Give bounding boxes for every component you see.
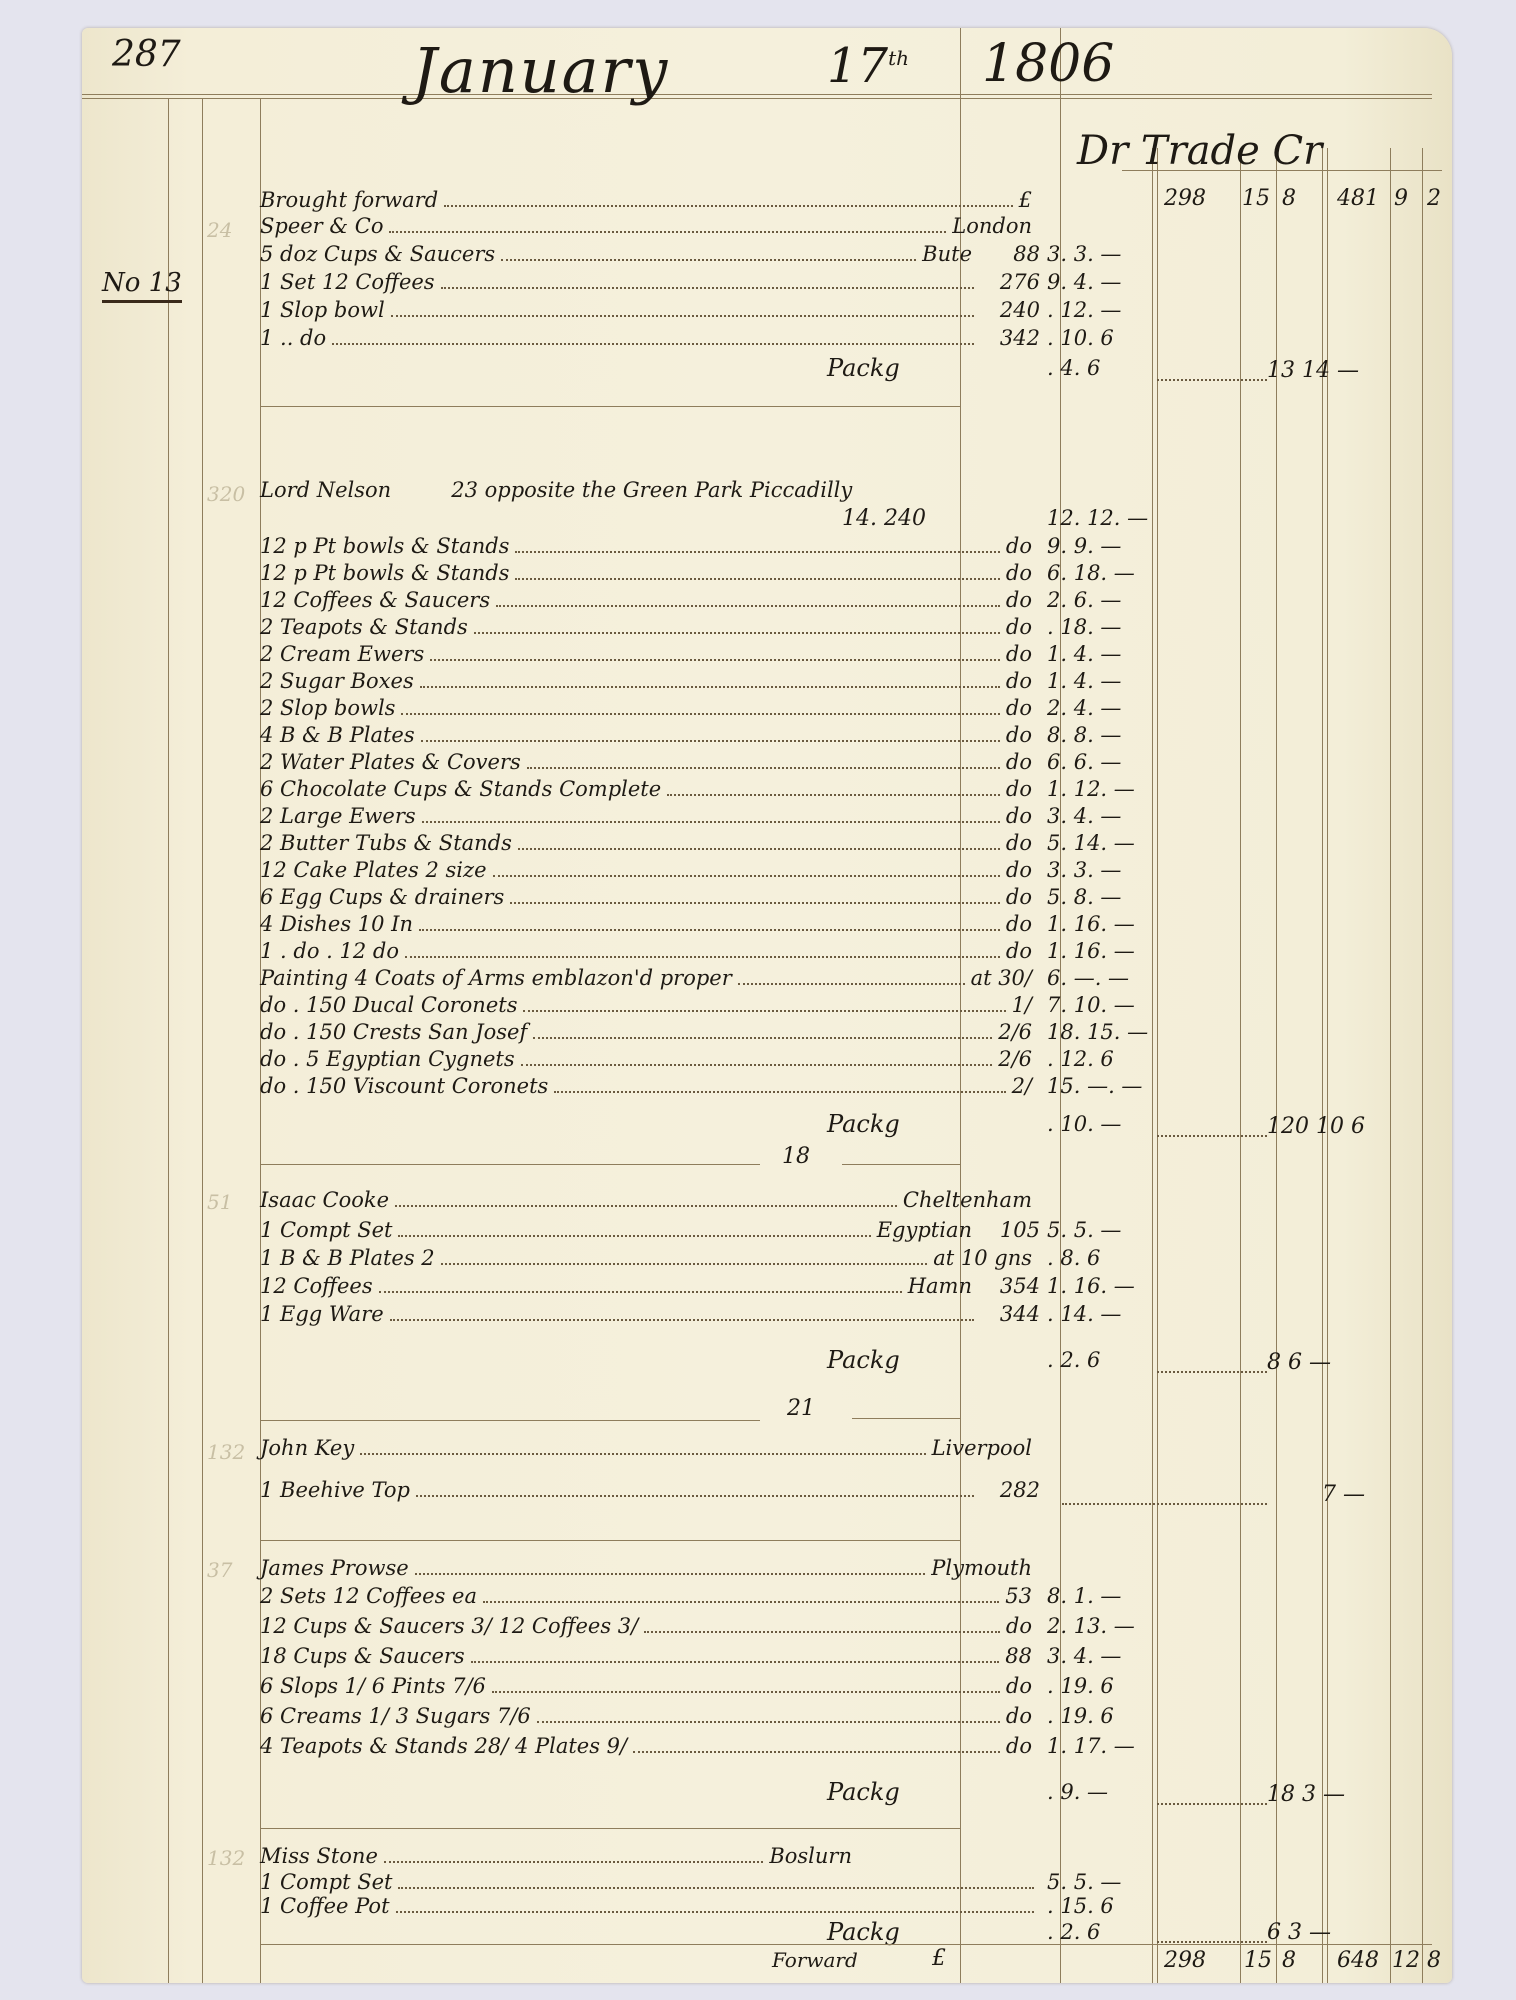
line-amount: 12. 12. — [1047, 506, 1152, 530]
cr-shillings-line [1390, 148, 1391, 1983]
cr-pence-line [1422, 148, 1423, 1983]
line-amount: 5. 14. — [1047, 831, 1152, 855]
footer-rule [260, 1944, 1432, 1945]
entry-folio: 320 [207, 482, 245, 506]
packing-amount: . 2. 6 [1047, 1348, 1152, 1372]
bf-dr-pence: 8 [1282, 186, 1296, 211]
line-item: 1 Set 12 Coffees276 [260, 270, 1040, 298]
line-amount: . 14. — [1047, 1302, 1152, 1326]
forward-label: Forward [772, 1948, 858, 1972]
line-amount: 1. 4. — [1047, 669, 1152, 693]
entry-date: 18 [782, 1144, 810, 1169]
line-amount: 3. 3. — [1047, 242, 1152, 266]
line-item: 12 CoffeesHamn354 [260, 1274, 1040, 1302]
entry-total: 8 6 — [1267, 1350, 1417, 1375]
entry-folio: 37 [207, 1558, 232, 1582]
bf-dr-shillings: 15 [1242, 186, 1270, 211]
line-item: 1 Slop bowl240 [260, 298, 1040, 326]
line-item: 6 Chocolate Cups & Stands Completedo [260, 777, 1040, 805]
line-item: 2 Slop bowlsdo [260, 696, 1040, 724]
entry-total: 7 — [1322, 1482, 1472, 1507]
line-amount: 1. 17. — [1047, 1734, 1152, 1758]
line-amount: 1. 16. — [1047, 1274, 1152, 1298]
packing-label: Packg [827, 1110, 900, 1138]
line-amount: 5. 5. — [1047, 1218, 1152, 1242]
line-item: 12 p Pt bowls & Standsdo [260, 534, 1040, 562]
entry-folio: 51 [207, 1190, 232, 1214]
line-item: 6 Slops 1/ 6 Pints 7/6do [260, 1674, 1040, 1702]
line-item: 1 Compt SetEgyptian105 [260, 1218, 1040, 1246]
line-amount: . 12. — [1047, 298, 1152, 322]
dr-pounds-line [1152, 148, 1158, 1983]
line-amount: 3. 3. — [1047, 858, 1152, 882]
total-leader [1062, 1502, 1267, 1505]
entry-separator [260, 1828, 960, 1829]
brought-forward-row: Brought forward£ [260, 188, 1040, 216]
line-item: 2 Sets 12 Coffees ea53 [260, 1584, 1040, 1612]
line-item: Painting 4 Coats of Arms emblazon'd prop… [260, 966, 1040, 994]
total-leader [1157, 1940, 1267, 1943]
entry-total: 18 3 — [1267, 1782, 1417, 1807]
line-item: 2 Cream Ewersdo [260, 642, 1040, 670]
bf-cr-pence: 2 [1427, 186, 1441, 211]
line-item: 2 Large Ewersdo [260, 804, 1040, 832]
forward-symbol: £ [932, 1946, 946, 1971]
packing-amount: . 2. 6 [1047, 1920, 1152, 1944]
line-amount: 15. —. — [1047, 1074, 1152, 1098]
line-item: 6 Creams 1/ 3 Sugars 7/6do [260, 1704, 1040, 1732]
cf-dr-pounds: 298 [1164, 1948, 1206, 1973]
entry-total: 6 3 — [1267, 1920, 1417, 1945]
line-item: 1 Beehive Top282 [260, 1478, 1040, 1506]
total-leader [1157, 378, 1267, 381]
line-amount: 8. 8. — [1047, 723, 1152, 747]
line-amount: . 19. 6 [1047, 1704, 1152, 1728]
line-item: 12 Coffees & Saucersdo [260, 588, 1040, 616]
ledger-reference: No 13 [102, 268, 182, 303]
line-item: 2 Teapots & Standsdo [260, 615, 1040, 643]
entry-separator [260, 1164, 760, 1165]
line-amount: . 8. 6 [1047, 1246, 1152, 1270]
packing-amount: . 4. 6 [1047, 356, 1152, 380]
line-item: 4 Teapots & Stands 28/ 4 Plates 9/do [260, 1734, 1040, 1762]
entry-separator [260, 1540, 960, 1541]
packing-amount: . 10. — [1047, 1112, 1152, 1136]
line-amount: 9. 9. — [1047, 534, 1152, 558]
line-amount: 1. 16. — [1047, 912, 1152, 936]
margin-line-1 [168, 98, 169, 1983]
line-item: 12 p Pt bowls & Standsdo [260, 561, 1040, 589]
line-amount: 18. 15. — [1047, 1020, 1152, 1044]
page-year: 1806 [982, 34, 1114, 94]
line-amount: . 12. 6 [1047, 1047, 1152, 1071]
line-item: 6 Egg Cups & drainersdo [260, 885, 1040, 913]
line-amount: 2. 13. — [1047, 1614, 1152, 1638]
line-item: 2 Sugar Boxesdo [260, 669, 1040, 697]
page-month: January [412, 34, 669, 107]
trade-column-title: Dr Trade Cr [1077, 128, 1322, 174]
entry-folio: 24 [207, 218, 232, 242]
line-item: 1 Egg Ware344 [260, 1302, 1040, 1330]
line-amount: 9. 4. — [1047, 270, 1152, 294]
line-amount: 2. 6. — [1047, 588, 1152, 612]
line-amount: 5. 5. — [1047, 1870, 1152, 1894]
line-amount: . 19. 6 [1047, 1674, 1152, 1698]
packing-label: Packg [827, 1778, 900, 1806]
line-amount: 6. —. — [1047, 966, 1152, 990]
line-item: 1 Coffee Pot [260, 1894, 1040, 1922]
line-amount: . 10. 6 [1047, 326, 1152, 350]
line-item: do . 150 Ducal Coronets1/ [260, 993, 1040, 1021]
cr-pounds-line [1322, 148, 1328, 1983]
entry-header: John KeyLiverpool [260, 1436, 1040, 1464]
header-rule [82, 94, 1432, 99]
line-amount: 6. 6. — [1047, 750, 1152, 774]
line-amount: 8. 1. — [1047, 1584, 1152, 1608]
entry-folio: 132 [207, 1440, 245, 1464]
line-amount: 1. 16. — [1047, 939, 1152, 963]
cf-cr-pounds: 648 [1337, 1948, 1379, 1973]
bf-cr-shillings: 9 [1394, 186, 1408, 211]
entry-separator [852, 1418, 960, 1419]
entry-header: Lord Nelson23 opposite the Green Park Pi… [260, 478, 1050, 506]
total-leader [1157, 1802, 1267, 1805]
line-amount: 1. 4. — [1047, 642, 1152, 666]
line-amount: 2. 4. — [1047, 696, 1152, 720]
entry-total: 120 10 6 [1267, 1114, 1417, 1139]
packing-label: Packg [827, 354, 900, 382]
line-item: 12 Cake Plates 2 sizedo [260, 858, 1040, 886]
cf-cr-pence: 8 [1427, 1948, 1441, 1973]
packing-label: Packg [827, 1918, 900, 1946]
entry-separator [260, 406, 960, 407]
entry-separator [842, 1164, 960, 1165]
entry-header: Speer & CoLondon [260, 214, 1040, 242]
line-item: 1 . do . 12 dodo [260, 939, 1040, 967]
cf-cr-shillings: 12 [1392, 1948, 1420, 1973]
line-item: 1 B & B Plates 2at 10 gns [260, 1246, 1040, 1274]
line-ref: 14. 240 [842, 506, 926, 531]
margin-line-2 [202, 98, 203, 1983]
bf-cr-pounds: 481 [1337, 186, 1379, 211]
line-item: 12 Cups & Saucers 3/ 12 Coffees 3/do [260, 1614, 1040, 1642]
entry-separator [260, 1420, 760, 1421]
line-item: 2 Butter Tubs & Standsdo [260, 831, 1040, 859]
line-amount: 5. 8. — [1047, 885, 1152, 909]
line-amount: 3. 4. — [1047, 804, 1152, 828]
line-item: do . 5 Egyptian Cygnets2/6 [260, 1047, 1040, 1075]
ledger-page: 287 January 17th 1806 Dr Trade Cr No 13 … [82, 28, 1452, 1983]
line-item: 18 Cups & Saucers88 [260, 1644, 1040, 1672]
line-item: do . 150 Crests San Josef2/6 [260, 1020, 1040, 1048]
bf-dr-pounds: 298 [1164, 186, 1206, 211]
entry-header: Isaac CookeCheltenham [260, 1188, 1040, 1216]
line-item: 5 doz Cups & SaucersBute88 [260, 242, 1040, 270]
page-day: 17th [827, 38, 909, 94]
cf-dr-pence: 8 [1282, 1948, 1296, 1973]
entry-folio: 132 [207, 1846, 245, 1870]
line-item: 4 Dishes 10 Indo [260, 912, 1040, 940]
line-amount: 3. 4. — [1047, 1644, 1152, 1668]
page-number: 287 [112, 34, 181, 75]
entry-header: James ProwsePlymouth [260, 1556, 1040, 1584]
line-amount: 6. 18. — [1047, 561, 1152, 585]
entry-date: 21 [787, 1396, 815, 1421]
line-amount: . 15. 6 [1047, 1894, 1152, 1918]
line-item: 2 Water Plates & Coversdo [260, 750, 1040, 778]
cf-dr-shillings: 15 [1244, 1948, 1272, 1973]
line-amount: . 18. — [1047, 615, 1152, 639]
entry-header: Miss StoneBoslurn [260, 1844, 860, 1872]
packing-label: Packg [827, 1346, 900, 1374]
total-leader [1157, 1134, 1267, 1137]
packing-amount: . 9. — [1047, 1780, 1152, 1804]
line-item: 4 B & B Platesdo [260, 723, 1040, 751]
line-item: do . 150 Viscount Coronets2/ [260, 1074, 1040, 1102]
dr-pence-line [1276, 148, 1277, 1983]
total-leader [1157, 1370, 1267, 1373]
line-amount: 7. 10. — [1047, 993, 1152, 1017]
dr-shillings-line [1240, 148, 1241, 1983]
line-item: 1 .. do342 [260, 326, 1040, 354]
entry-total: 13 14 — [1267, 358, 1417, 383]
line-amount: 1. 12. — [1047, 777, 1152, 801]
